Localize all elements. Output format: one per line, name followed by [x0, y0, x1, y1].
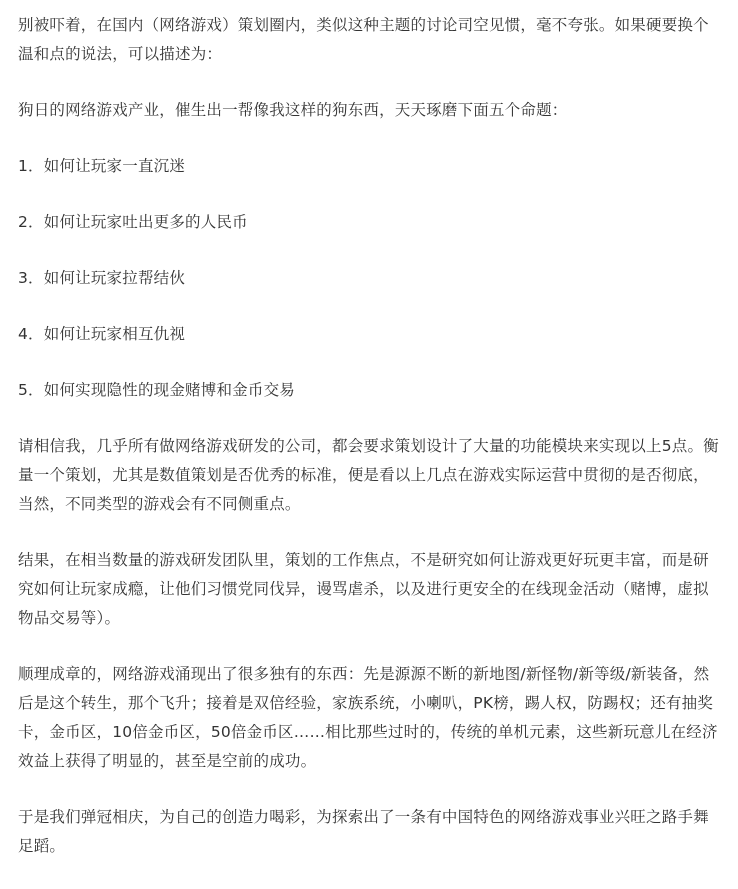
proposition-item-3: 3．如何让玩家拉帮结伙	[18, 264, 720, 293]
features-paragraph: 顺理成章的，网络游戏涌现出了很多独有的东西：先是源源不断的新地图/新怪物/新等级…	[18, 660, 720, 776]
proposition-item-4: 4．如何让玩家相互仇视	[18, 320, 720, 349]
article-body: 别被吓着，在国内（网络游戏）策划圈内，类似这种主题的讨论司空见惯，毫不夸张。如果…	[0, 0, 738, 861]
proposition-item-5: 5．如何实现隐性的现金赌博和金币交易	[18, 376, 720, 405]
company-requirements-paragraph: 请相信我，几乎所有做网络游戏研发的公司，都会要求策划设计了大量的功能模块来实现以…	[18, 432, 720, 519]
proposition-item-1: 1．如何让玩家一直沉迷	[18, 152, 720, 181]
propositions-lead-paragraph: 狗日的网络游戏产业，催生出一帮像我这样的狗东西，天天琢磨下面五个命题：	[18, 96, 720, 125]
conclusion-paragraph: 于是我们弹冠相庆，为自己的创造力喝彩，为探索出了一条有中国特色的网络游戏事业兴旺…	[18, 803, 720, 861]
design-focus-paragraph: 结果，在相当数量的游戏研发团队里，策划的工作焦点，不是研究如何让游戏更好玩更丰富…	[18, 546, 720, 633]
proposition-item-2: 2．如何让玩家吐出更多的人民币	[18, 208, 720, 237]
intro-paragraph: 别被吓着，在国内（网络游戏）策划圈内，类似这种主题的讨论司空见惯，毫不夸张。如果…	[18, 11, 720, 69]
